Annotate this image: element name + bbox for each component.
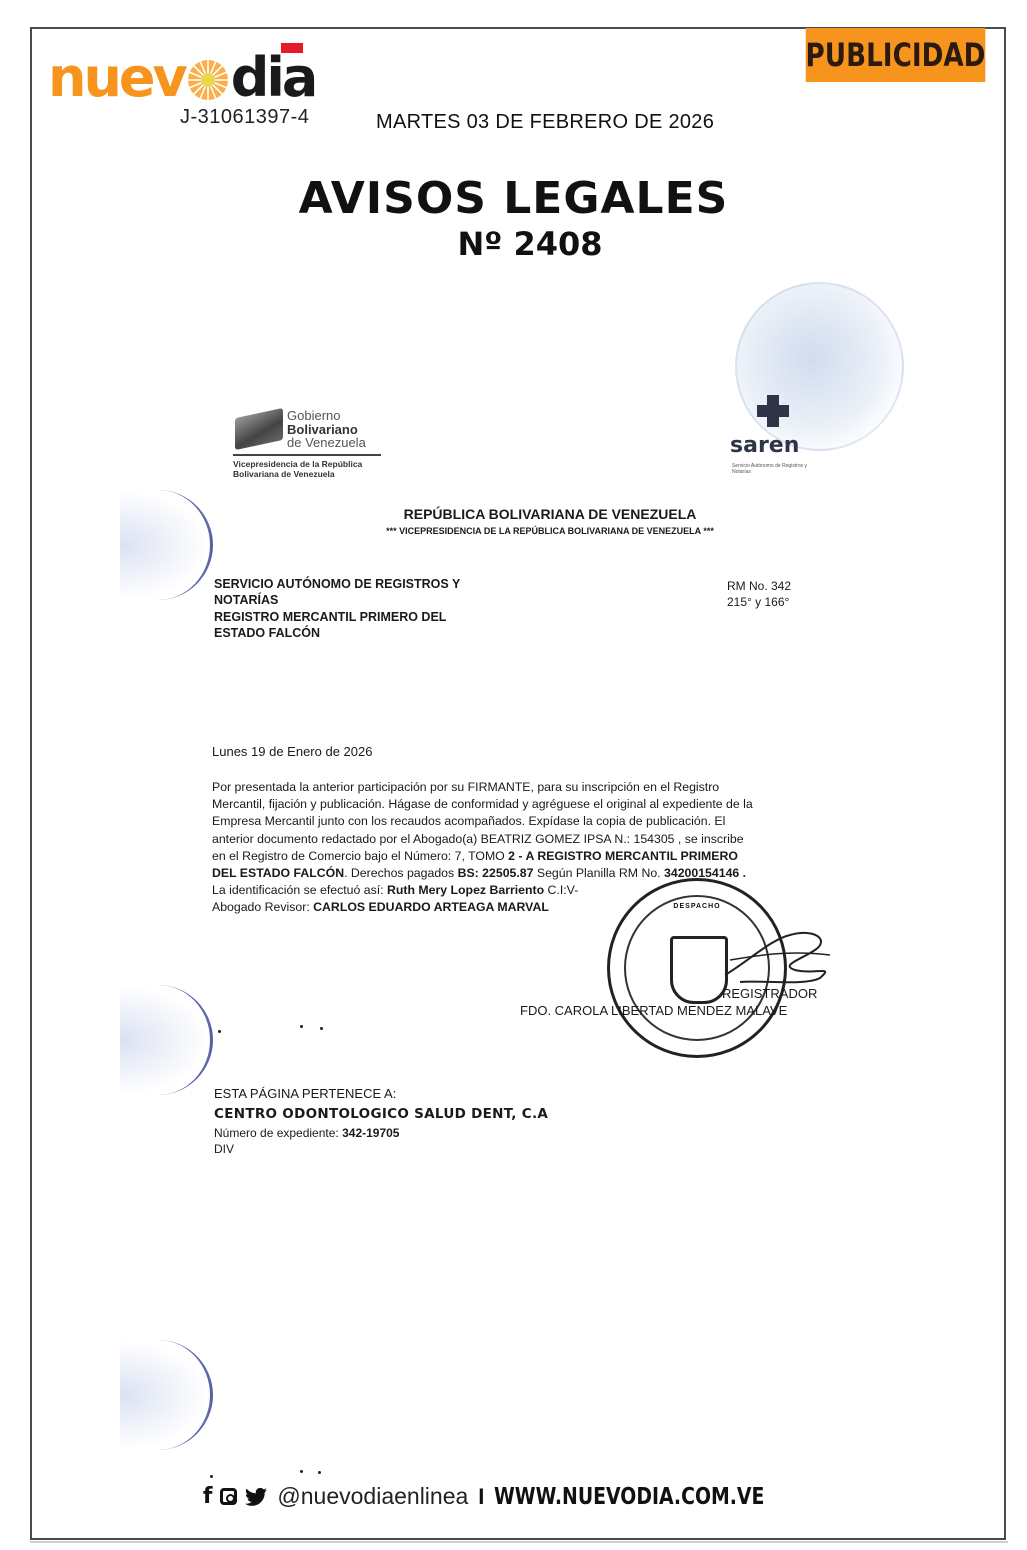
saren-logo-subtitle: Servicio Autónomo de Registros y Notaría… (732, 463, 812, 475)
venezuela-flag-icon (235, 408, 283, 450)
publication-date: MARTES 03 DE FEBRERO DE 2026 (376, 111, 714, 134)
body-text: La identificación se efectuó así: (212, 883, 387, 897)
body-text: . Derechos pagados (344, 866, 457, 880)
separator: I (478, 1484, 484, 1510)
rm-number: RM No. 342 (727, 578, 791, 594)
reviewing-lawyer: CARLOS EDUARDO ARTEAGA MARVAL (313, 900, 549, 914)
body-line: Mercantil, fijación y publicación. Hágas… (212, 796, 829, 813)
social-links: f (203, 1484, 268, 1509)
stamp-text: DESPACHO (610, 903, 784, 910)
office-line: NOTARÍAS (214, 592, 514, 608)
office-header: SERVICIO AUTÓNOMO DE REGISTROS Y NOTARÍA… (214, 576, 514, 641)
office-line: ESTADO FALCÓN (214, 625, 514, 641)
page-owner-block: ESTA PÁGINA PERTENECE A: CENTRO ODONTOLO… (214, 1085, 548, 1157)
website-link[interactable]: WWW.NUEVODIA.COM.VE (494, 1484, 764, 1510)
belongs-label: ESTA PÁGINA PERTENECE A: (214, 1085, 548, 1103)
footer: f @nuevodiaenlinea I WWW.NUEVODIA.COM.VE (0, 1483, 1027, 1510)
divider (233, 454, 381, 456)
body-text: en el Registro de Comercio bajo el Númer… (212, 849, 508, 863)
body-line: anterior documento redactado por el Abog… (212, 831, 829, 848)
social-handle[interactable]: @nuevodiaenlinea (277, 1483, 468, 1510)
logo-accent-bar (281, 43, 303, 53)
years-text: 215° y 166° (727, 594, 791, 610)
frame-shadow (30, 1541, 1008, 1543)
body-line: Empresa Mercantil junto con los recaudos… (212, 813, 829, 830)
twitter-icon[interactable] (245, 1487, 267, 1507)
fee-amount: BS: 22505.87 (458, 866, 534, 880)
registry-name: DEL ESTADO FALCÓN (212, 866, 344, 880)
office-line: REGISTRO MERCANTIL PRIMERO DEL (214, 609, 514, 625)
body-line: Por presentada la anterior participación… (212, 779, 829, 796)
file-number: 342-19705 (342, 1126, 399, 1140)
republic-title: REPÚBLICA BOLIVARIANA DE VENEZUELA (120, 506, 980, 522)
company-name: CENTRO ODONTOLOGICO SALUD DENT, C.A (214, 1105, 548, 1123)
publicidad-badge: PUBLICIDAD (806, 28, 986, 82)
sun-icon (186, 57, 230, 101)
identified-person: Ruth Mery Lopez Barriento (387, 883, 544, 897)
signer-role: REGISTRADOR (722, 986, 817, 1001)
id-label: C.I:V- (544, 883, 578, 897)
gov-logo-line: Gobierno (287, 409, 340, 423)
office-line: SERVICIO AUTÓNOMO DE REGISTROS Y (214, 576, 514, 592)
saren-logo-text: saren (730, 433, 799, 458)
body-text: Abogado Revisor: (212, 900, 313, 914)
file-label: Número de expediente: (214, 1126, 342, 1140)
margin-seal-stamp (120, 985, 213, 1095)
body-line: en el Registro de Comercio bajo el Númer… (212, 848, 829, 865)
signature-icon (720, 920, 840, 990)
instagram-icon[interactable] (220, 1488, 237, 1505)
legal-notice-scan: Gobierno Bolivariano de Venezuela Vicepr… (120, 270, 980, 1490)
edition-number: Nº 2408 (0, 225, 1027, 263)
gov-logo-subtitle: Vicepresidencia de la República Bolivari… (233, 459, 393, 479)
facebook-icon[interactable]: f (203, 1484, 213, 1509)
tomo-text: 2 - A REGISTRO MERCANTIL PRIMERO (508, 849, 738, 863)
body-text: Según Planilla RM No. (533, 866, 664, 880)
document-date: Lunes 19 de Enero de 2026 (212, 744, 372, 759)
gov-logo-line: de Venezuela (287, 435, 366, 450)
saren-cross-icon (757, 395, 789, 427)
logo-text-part1: nuev (48, 51, 185, 105)
gov-logo-line: Bolivariana de Venezuela (233, 469, 393, 479)
rif-number: J-31061397-4 (180, 106, 309, 129)
registry-reference: RM No. 342 215° y 166° (727, 578, 791, 610)
gobierno-bolivariano-logo: Gobierno Bolivariano de Venezuela Vicepr… (233, 405, 393, 485)
signer-name: FDO. CAROLA LIBERTAD MENDEZ MALAVE (520, 1003, 787, 1018)
logo-text-part2: dia (231, 51, 316, 105)
gov-logo-line: Vicepresidencia de la República (233, 459, 393, 469)
page-title: AVISOS LEGALES (0, 173, 1027, 224)
file-number-line: Número de expediente: 342-19705 (214, 1125, 548, 1141)
margin-seal-stamp (120, 1340, 213, 1450)
nuevodia-logo: nuev dia (48, 45, 315, 105)
republic-subtitle: *** VICEPRESIDENCIA DE LA REPÚBLICA BOLI… (120, 526, 980, 536)
body-line: DEL ESTADO FALCÓN. Derechos pagados BS: … (212, 865, 829, 882)
department-code: DIV (214, 1141, 548, 1157)
